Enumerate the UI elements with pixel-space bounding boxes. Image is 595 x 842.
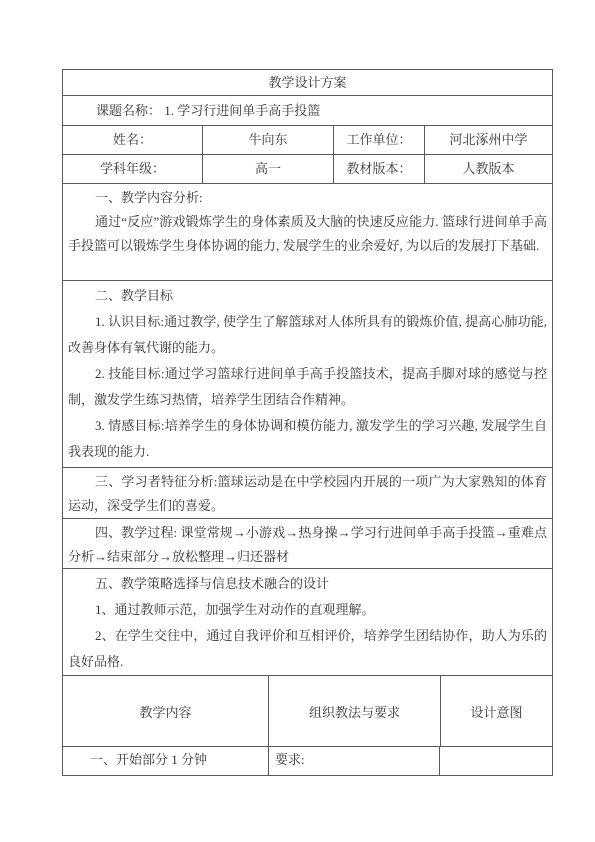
process-table-row: 一、开始部分 1 分钟 要求: <box>63 746 552 775</box>
process-row-content: 一、开始部分 1 分钟 <box>63 747 268 775</box>
objective-emotional: 3. 情感目标:培养学生的身体协调和模仿能力, 激发学生的学习兴趣, 发展学生自… <box>68 413 547 465</box>
process-row-intent <box>439 747 552 775</box>
section-learner-analysis: 三、学习者特征分析:篮球运动是在中学校园内开展的一项广为大家熟知的体育运动，深受… <box>63 467 552 518</box>
section-teaching-process-paragraph: 四、教学过程: 课堂常规→小游戏→热身操→学习行进间单手高手投篮→重难点分析→结… <box>68 521 547 568</box>
process-row-method: 要求: <box>268 747 439 775</box>
document-page: { "document": { "title": "教学设计方案", "topi… <box>0 0 595 842</box>
name-value: 牛向东 <box>202 126 333 154</box>
strategy-item-1: 1、通过教师示范，加强学生对动作的直观理解。 <box>68 597 547 623</box>
section-content-analysis: 一、教学内容分析: 通过“反应”游戏锻炼学生的身体素质及大脑的快速反应能力. 篮… <box>63 183 552 280</box>
edition-label: 教材版本： <box>333 155 424 183</box>
section-learner-analysis-paragraph: 三、学习者特征分析:篮球运动是在中学校园内开展的一项广为大家熟知的体育运动，深受… <box>68 470 547 518</box>
topic-label: 课题名称： <box>96 103 161 118</box>
topic-value: 1. 学习行进间单手高手投篮 <box>164 103 320 118</box>
grade-label: 学科年级： <box>63 155 202 183</box>
process-table-header: 教学内容 组织教法与要求 设计意图 <box>63 675 552 746</box>
objective-skill: 2. 技能目标:通过学习篮球行进间单手高手投篮技术，提高手脚对球的感觉与控制，激… <box>68 361 547 413</box>
section-strategy-heading: 五、教学策略选择与信息技术融合的设计 <box>68 571 547 597</box>
section-teaching-process: 四、教学过程: 课堂常规→小游戏→热身操→学习行进间单手高手投篮→重难点分析→结… <box>63 518 552 568</box>
grade-value: 高一 <box>202 155 333 183</box>
section-objectives-heading: 二、教学目标 <box>68 283 547 309</box>
header-design-intent: 设计意图 <box>440 676 552 746</box>
document-title: 教学设计方案 <box>63 70 552 95</box>
section-content-analysis-paragraph: 通过“反应”游戏锻炼学生的身体素质及大脑的快速反应能力. 篮球行进间单手高手投篮… <box>68 210 547 258</box>
meta-row-grade-edition: 学科年级： 高一 教材版本： 人教版本 <box>63 154 552 183</box>
meta-row-name-unit: 姓名： 牛向东 工作单位： 河北涿州中学 <box>63 125 552 154</box>
header-teaching-content: 教学内容 <box>63 676 268 746</box>
section-strategy: 五、教学策略选择与信息技术融合的设计 1、通过教师示范，加强学生对动作的直观理解… <box>63 568 552 675</box>
edition-value: 人教版本 <box>424 155 552 183</box>
teaching-plan-table: 教学设计方案 课题名称： 1. 学习行进间单手高手投篮 姓名： 牛向东 工作单位… <box>62 69 553 776</box>
strategy-item-2: 2、在学生交往中，通过自我评价和互相评价，培养学生团结协作，助人为乐的良好品格. <box>68 623 547 675</box>
unit-value: 河北涿州中学 <box>424 126 552 154</box>
section-objectives: 二、教学目标 1. 认识目标:通过教学, 使学生了解篮球对人体所具有的锻炼价值,… <box>63 280 552 467</box>
header-methods-requirements: 组织教法与要求 <box>268 676 440 746</box>
topic-row: 课题名称： 1. 学习行进间单手高手投篮 <box>63 95 552 125</box>
name-label: 姓名： <box>63 126 202 154</box>
unit-label: 工作单位： <box>333 126 424 154</box>
section-content-analysis-heading: 一、教学内容分析: <box>68 186 547 210</box>
objective-cognitive: 1. 认识目标:通过教学, 使学生了解篮球对人体所具有的锻炼价值, 提高心肺功能… <box>68 309 547 361</box>
